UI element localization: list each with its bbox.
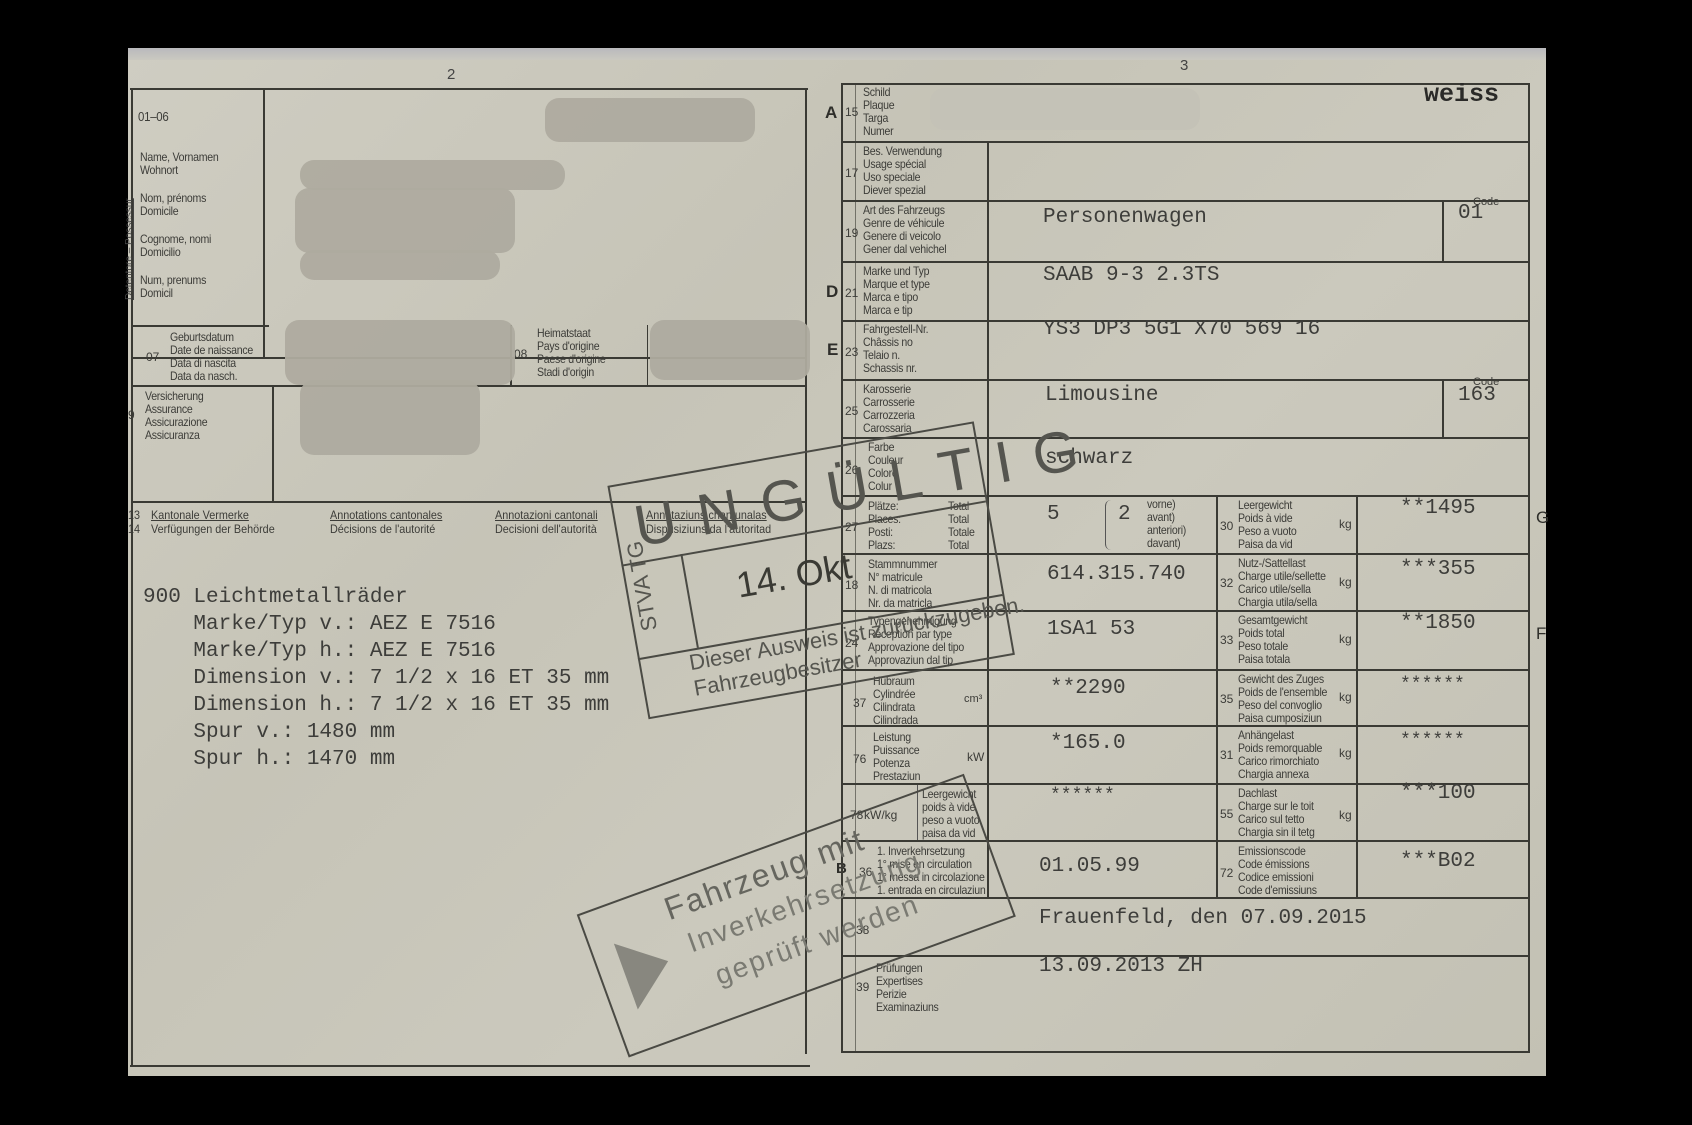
redacted-region bbox=[300, 380, 480, 455]
row-code-72: 72 bbox=[1220, 866, 1233, 880]
redacted-region bbox=[295, 188, 515, 253]
plate-color-value: weiss bbox=[1424, 80, 1499, 109]
insurance-label-4: Assicuranza bbox=[145, 429, 200, 442]
row-code-76: 76 bbox=[853, 752, 866, 766]
displacement-value: **2290 bbox=[1050, 677, 1126, 700]
row-divider bbox=[843, 379, 1529, 381]
row-code-35: 35 bbox=[1220, 692, 1233, 706]
chassis-label: Schassis nr. bbox=[863, 362, 917, 375]
trailer-load-unit: kg bbox=[1339, 746, 1352, 760]
row-code-33: 33 bbox=[1220, 633, 1233, 647]
redacted-region bbox=[545, 98, 755, 142]
holder-label-rm-2: Domicil bbox=[140, 287, 173, 300]
body-value: Limousine bbox=[1045, 384, 1158, 407]
row-divider bbox=[843, 725, 1529, 727]
seats-bracket bbox=[1105, 500, 1112, 550]
type-approval-value: 1SA1 53 bbox=[1047, 618, 1135, 641]
annotation-line: Spur v.: 1480 mm bbox=[143, 719, 609, 746]
right-page-number: 3 bbox=[1180, 57, 1188, 74]
master-number-value: 614.315.740 bbox=[1047, 563, 1186, 586]
payload-unit: kg bbox=[1339, 575, 1352, 589]
origin-code: 08 bbox=[514, 347, 527, 361]
annotation-line: 900 Leichtmetallräder bbox=[143, 584, 609, 611]
power-unit: kW bbox=[967, 750, 984, 764]
annotation-line: Spur h.: 1470 mm bbox=[143, 746, 609, 773]
power-label: Prestaziun bbox=[873, 770, 920, 783]
annotations-codes: 13 14 bbox=[128, 508, 140, 536]
vehicle-type-code-value: 01 bbox=[1458, 202, 1483, 225]
right-form-right-border bbox=[1528, 83, 1530, 1053]
row-code-32: 32 bbox=[1220, 576, 1233, 590]
emission-code-label: Code d'emissiuns bbox=[1238, 884, 1317, 897]
empty-weight-unit: kg bbox=[1339, 517, 1352, 531]
birth-date-code: 07 bbox=[146, 350, 159, 364]
left-label-divider bbox=[263, 88, 265, 358]
empty-weight-value: **1495 bbox=[1400, 497, 1476, 520]
empty-weight-label: Paisa da vid bbox=[1238, 538, 1292, 551]
right-form-bottom-border bbox=[841, 1051, 1530, 1053]
train-weight-unit: kg bbox=[1339, 690, 1352, 704]
annotation-line: Marke/Typ v.: AEZ E 7516 bbox=[143, 611, 609, 638]
redacted-region bbox=[300, 160, 565, 190]
payload-value: ***355 bbox=[1400, 558, 1476, 581]
make-model-label: Marca e tip bbox=[863, 304, 912, 317]
margin-letter-f: F bbox=[1536, 624, 1546, 644]
left-form-bottom-border bbox=[130, 1065, 810, 1067]
train-weight-label: Paisa cumposiziun bbox=[1238, 712, 1322, 725]
total-weight-value: **1850 bbox=[1400, 612, 1476, 635]
inspections-label: Examinaziuns bbox=[876, 1001, 939, 1014]
vehicle-type-label: Gener dal vehichel bbox=[863, 243, 946, 256]
annotation-line: Dimension v.: 7 1/2 x 16 ET 35 mm bbox=[143, 665, 609, 692]
annotation-entries: 900 Leichtmetallräder Marke/Typ v.: AEZ … bbox=[143, 557, 609, 800]
holder-label-it-2: Domicilio bbox=[140, 246, 180, 259]
trailer-load-label: Chargia annexa bbox=[1238, 768, 1309, 781]
displacement-label: Cilindrada bbox=[873, 714, 918, 727]
row-code-19: 19 bbox=[845, 226, 858, 240]
holder-field-code: 01–06 bbox=[138, 110, 168, 123]
row-divider bbox=[843, 261, 1529, 263]
birth-label-4: Data da nasch. bbox=[170, 370, 237, 383]
total-weight-label: Paisa totala bbox=[1238, 653, 1290, 666]
power-value: *165.0 bbox=[1050, 732, 1126, 755]
power-weight-value: ****** bbox=[1050, 786, 1115, 806]
insurance-divider bbox=[272, 385, 274, 502]
place-date-value: Frauenfeld, den 07.09.2015 bbox=[1039, 907, 1367, 930]
holder-label-de-2: Wohnort bbox=[140, 164, 178, 177]
origin-right-divider bbox=[647, 325, 648, 385]
redacted-region bbox=[300, 250, 500, 280]
row-divider bbox=[843, 141, 1529, 143]
annotation-line: Marke/Typ h.: AEZ E 7516 bbox=[143, 638, 609, 665]
annotations-col-fr: Annotations cantonales Décisions de l'au… bbox=[330, 508, 442, 536]
row-code-37: 37 bbox=[853, 696, 866, 710]
insurance-code: 9 bbox=[128, 408, 135, 422]
row-code-31: 31 bbox=[1220, 748, 1233, 762]
seats-front-value: 2 bbox=[1118, 503, 1131, 526]
seats-total-value: 5 bbox=[1047, 503, 1060, 526]
row-code-21: 21 bbox=[845, 286, 858, 300]
payload-label: Chargia utila/sella bbox=[1238, 596, 1317, 609]
weight-value-divider bbox=[1356, 495, 1358, 899]
code-box-divider bbox=[1442, 379, 1444, 437]
margin-letter-a: A bbox=[825, 103, 837, 123]
redacted-region bbox=[650, 320, 810, 380]
margin-letter-d: D bbox=[826, 282, 838, 302]
special-use-label: Diever spezial bbox=[863, 184, 926, 197]
birth-top-divider bbox=[133, 325, 269, 327]
displacement-unit: cm³ bbox=[964, 693, 982, 705]
left-form-top-border bbox=[130, 88, 808, 90]
margin-letter-g: G bbox=[1536, 508, 1549, 528]
holder-side-label: Detentore – Possessur bbox=[124, 180, 138, 300]
holder-label-fr-2: Domicile bbox=[140, 205, 178, 218]
redacted-plate bbox=[930, 88, 1200, 130]
row-code-25: 25 bbox=[845, 404, 858, 418]
row-code-23: 23 bbox=[845, 345, 858, 359]
row-code-15: 15 bbox=[845, 105, 858, 119]
origin-label-4: Stadi d'origin bbox=[537, 366, 594, 379]
inspections-value: 13.09.2013 ZH bbox=[1039, 955, 1203, 978]
roof-load-value: ***100 bbox=[1400, 782, 1476, 805]
first-registration-value: 01.05.99 bbox=[1039, 855, 1140, 878]
row-divider bbox=[843, 200, 1529, 202]
seats-front-label: davant) bbox=[1147, 537, 1180, 550]
row-code-17: 17 bbox=[845, 166, 858, 180]
left-page-number: 2 bbox=[447, 66, 455, 83]
annotation-line: Dimension h.: 7 1/2 x 16 ET 35 mm bbox=[143, 692, 609, 719]
annotations-col-it: Annotazioni cantonali Decisioni dell'aut… bbox=[495, 508, 598, 536]
roof-load-label: Chargia sin il tetg bbox=[1238, 826, 1315, 839]
plate-label: Numer bbox=[863, 125, 893, 138]
body-code-value: 163 bbox=[1458, 384, 1496, 407]
chassis-value: YS3 DP3 5G1 X70 569 16 bbox=[1043, 318, 1320, 341]
row-code-55: 55 bbox=[1220, 807, 1233, 821]
annotations-col-de: Kantonale Vermerke Verfügungen der Behör… bbox=[151, 508, 275, 536]
vehicle-type-value: Personenwagen bbox=[1043, 206, 1207, 229]
row-code-30: 30 bbox=[1220, 519, 1233, 533]
train-weight-value: ****** bbox=[1400, 675, 1465, 695]
row-code-39: 39 bbox=[856, 980, 869, 994]
roof-load-unit: kg bbox=[1339, 808, 1352, 822]
margin-letter-e: E bbox=[827, 340, 838, 360]
paper-edge bbox=[128, 48, 1546, 60]
make-model-value: SAAB 9-3 2.3TS bbox=[1043, 264, 1219, 287]
row-divider bbox=[843, 669, 1529, 671]
code-box-divider bbox=[1442, 200, 1444, 261]
redacted-region bbox=[285, 320, 515, 385]
trailer-load-value: ****** bbox=[1400, 731, 1465, 751]
total-weight-unit: kg bbox=[1339, 632, 1352, 646]
weight-label-divider bbox=[1216, 495, 1218, 899]
emission-code-value: ***B02 bbox=[1400, 850, 1476, 873]
